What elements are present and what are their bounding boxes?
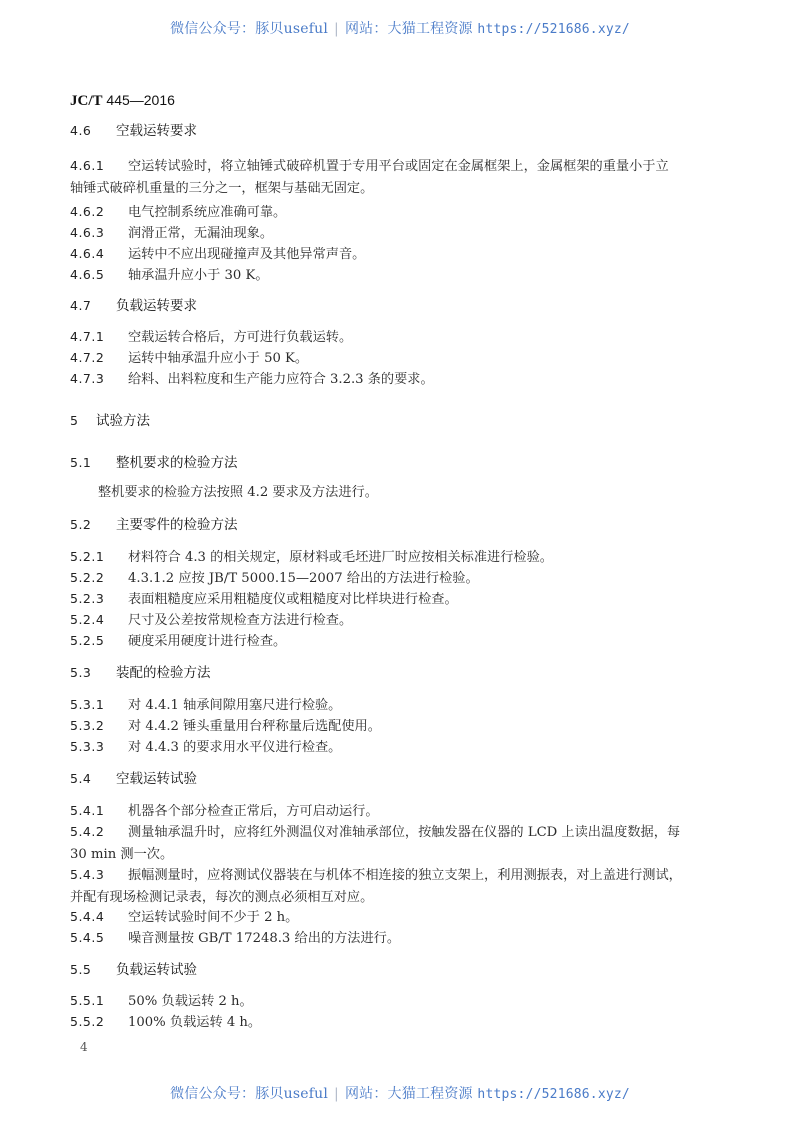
clause-item: 5.2.4尺寸及公差按常规检查方法进行检查。 <box>70 609 710 632</box>
clause-text: 尺寸及公差按常规检查方法进行检查。 <box>128 613 352 628</box>
clause-text: 材料符合 4.3 的相关规定，原材料或毛坯进厂时应按相关标准进行检验。 <box>128 550 553 565</box>
clause-text: 4.3.1.2 应按 JB/T 5000.15—2007 给出的方法进行检验。 <box>128 571 479 586</box>
clause-number: 5.4.2 <box>70 821 128 843</box>
watermark-wechat: 微信公众号：豚贝useful <box>170 21 328 37</box>
clause-item: 5.5.2100% 负载运转 4 h。 <box>70 1011 710 1034</box>
clause-text-continued: 轴锤式破碎机重量的三分之一，框架与基础无固定。 <box>70 181 373 196</box>
watermark-url[interactable]: https://521686.xyz/ <box>477 22 630 37</box>
clause-number: 5.2.5 <box>70 630 128 652</box>
section-heading: 5.1整机要求的检验方法 <box>70 452 710 475</box>
clause-text: 100% 负载运转 4 h。 <box>128 1015 261 1030</box>
section-heading: 4.6空载运转要求 <box>70 120 710 143</box>
clause-text: 给料、出料粒度和生产能力应符合 3.2.3 条的要求。 <box>128 372 434 387</box>
clause-text-continued: 并配有现场检测记录表，每次的测点必须相互对应。 <box>70 890 373 905</box>
clause-item: 5.3.3对 4.4.3 的要求用水平仪进行检查。 <box>70 736 710 759</box>
section-number: 5.1 <box>70 452 116 474</box>
clause-item: 5.4.2测量轴承温升时，应将红外测温仪对准轴承部位，按触发器在仪器的 LCD … <box>70 821 710 866</box>
watermark-wechat: 微信公众号：豚贝useful <box>170 1086 328 1102</box>
clause-text: 测量轴承温升时，应将红外测温仪对准轴承部位，按触发器在仪器的 LCD 上读出温度… <box>128 825 680 840</box>
clause-item: 4.7.2运转中轴承温升应小于 50 K。 <box>70 347 710 370</box>
watermark-separator: | <box>334 1086 339 1102</box>
clause-item: 4.6.5轴承温升应小于 30 K。 <box>70 264 710 287</box>
clause-text: 空载运转合格后，方可进行负载运转。 <box>128 330 352 345</box>
clause-item: 5.3.1对 4.4.1 轴承间隙用塞尺进行检验。 <box>70 694 710 717</box>
clause-item: 5.4.1机器各个部分检查正常后，方可启动运行。 <box>70 800 710 823</box>
clause-item: 4.6.1空运转试验时，将立轴锤式破碎机置于专用平台或固定在金属框架上，金属框架… <box>70 155 710 200</box>
clause-item: 4.6.3润滑正常，无漏油现象。 <box>70 222 710 245</box>
clause-text: 表面粗糙度应采用粗糙度仪或粗糙度对比样块进行检查。 <box>128 592 458 607</box>
section-title: 负载运转要求 <box>116 298 197 314</box>
clause-number: 5.5.2 <box>70 1011 128 1033</box>
clause-number: 5.3.3 <box>70 736 128 758</box>
clause-text: 空运转试验时间不少于 2 h。 <box>128 910 298 925</box>
section-heading: 5.5负载运转试验 <box>70 959 710 982</box>
clause-number: 4.6.2 <box>70 201 128 223</box>
clause-number: 4.6.5 <box>70 264 128 286</box>
clause-number: 5.2.2 <box>70 567 128 589</box>
section-title: 空载运转要求 <box>116 123 197 139</box>
clause-number: 5.4.4 <box>70 906 128 928</box>
page-number: 4 <box>80 1040 88 1054</box>
clause-text: 对 4.4.2 锤头重量用台秤称量后选配使用。 <box>128 719 381 734</box>
watermark-site: 网站：大猫工程资源 <box>345 21 473 37</box>
section-title: 空载运转试验 <box>116 771 197 787</box>
clause-item: 4.7.1空载运转合格后，方可进行负载运转。 <box>70 326 710 349</box>
chapter-number: 5 <box>70 410 96 432</box>
clause-text: 运转中不应出现碰撞声及其他异常声音。 <box>128 247 365 262</box>
standard-code: JC/T 445—2016 <box>70 92 175 110</box>
clause-text: 振幅测量时，应将测试仪器装在与机体不相连接的独立支架上，利用测振表，对上盖进行测… <box>128 868 682 883</box>
section-heading: 5.2主要零件的检验方法 <box>70 514 710 537</box>
clause-number: 5.3.2 <box>70 715 128 737</box>
section-number: 5.2 <box>70 514 116 536</box>
clause-text: 润滑正常，无漏油现象。 <box>128 226 273 241</box>
clause-item: 5.4.3振幅测量时，应将测试仪器装在与机体不相连接的独立支架上，利用测振表，对… <box>70 864 710 909</box>
clause-text: 50% 负载运转 2 h。 <box>128 994 253 1009</box>
clause-item: 5.2.24.3.1.2 应按 JB/T 5000.15—2007 给出的方法进… <box>70 567 710 590</box>
section-number: 4.6 <box>70 120 116 142</box>
clause-number: 4.6.1 <box>70 155 128 177</box>
clause-number: 5.3.1 <box>70 694 128 716</box>
chapter-heading: 5试验方法 <box>70 410 710 433</box>
clause-number: 5.4.3 <box>70 864 128 886</box>
clause-text: 对 4.4.1 轴承间隙用塞尺进行检验。 <box>128 698 341 713</box>
clause-number: 5.2.1 <box>70 546 128 568</box>
watermark-bottom: 微信公众号：豚贝useful|网站：大猫工程资源 https://521686.… <box>0 1083 800 1103</box>
clause-item: 5.4.4空运转试验时间不少于 2 h。 <box>70 906 710 929</box>
clause-item: 5.2.1材料符合 4.3 的相关规定，原材料或毛坯进厂时应按相关标准进行检验。 <box>70 546 710 569</box>
section-number: 4.7 <box>70 295 116 317</box>
section-number: 5.4 <box>70 768 116 790</box>
watermark-url[interactable]: https://521686.xyz/ <box>477 1087 630 1102</box>
section-title: 主要零件的检验方法 <box>116 517 238 533</box>
clause-text: 对 4.4.3 的要求用水平仪进行检查。 <box>128 740 341 755</box>
watermark-separator: | <box>334 21 339 37</box>
clause-text: 运转中轴承温升应小于 50 K。 <box>128 351 308 366</box>
clause-text: 噪音测量按 GB/T 17248.3 给出的方法进行。 <box>128 931 400 946</box>
section-heading: 5.4空载运转试验 <box>70 768 710 791</box>
section-number: 5.5 <box>70 959 116 981</box>
section-number: 5.3 <box>70 662 116 684</box>
clause-number: 5.2.4 <box>70 609 128 631</box>
clause-text: 电气控制系统应准确可靠。 <box>128 205 286 220</box>
watermark-site: 网站：大猫工程资源 <box>345 1086 473 1102</box>
standard-number: 445—2016 <box>106 92 175 108</box>
clause-item: 4.6.4运转中不应出现碰撞声及其他异常声音。 <box>70 243 710 266</box>
clause-text-continued: 30 min 测一次。 <box>70 847 173 862</box>
section-heading: 4.7负载运转要求 <box>70 295 710 318</box>
chapter-title: 试验方法 <box>96 413 150 429</box>
clause-item: 5.3.2对 4.4.2 锤头重量用台秤称量后选配使用。 <box>70 715 710 738</box>
paragraph-text: 整机要求的检验方法按照 4.2 要求及方法进行。 <box>98 485 378 500</box>
clause-item: 5.2.5硬度采用硬度计进行检查。 <box>70 630 710 653</box>
clause-number: 4.7.3 <box>70 368 128 390</box>
clause-item: 5.5.150% 负载运转 2 h。 <box>70 990 710 1013</box>
section-title: 整机要求的检验方法 <box>116 455 238 471</box>
section-title: 装配的检验方法 <box>116 665 211 681</box>
section-title: 负载运转试验 <box>116 962 197 978</box>
standard-prefix: JC/T <box>70 93 103 109</box>
clause-item: 5.4.5噪音测量按 GB/T 17248.3 给出的方法进行。 <box>70 927 710 950</box>
clause-number: 5.4.5 <box>70 927 128 949</box>
watermark-top: 微信公众号：豚贝useful|网站：大猫工程资源 https://521686.… <box>0 18 800 38</box>
clause-number: 5.5.1 <box>70 990 128 1012</box>
paragraph: 整机要求的检验方法按照 4.2 要求及方法进行。 <box>70 482 738 504</box>
clause-number: 5.4.1 <box>70 800 128 822</box>
clause-number: 4.6.4 <box>70 243 128 265</box>
clause-number: 4.7.2 <box>70 347 128 369</box>
clause-text: 空运转试验时，将立轴锤式破碎机置于专用平台或固定在金属框架上，金属框架的重量小于… <box>128 159 669 174</box>
clause-item: 5.2.3表面粗糙度应采用粗糙度仪或粗糙度对比样块进行检查。 <box>70 588 710 611</box>
clause-number: 4.6.3 <box>70 222 128 244</box>
clause-item: 4.7.3给料、出料粒度和生产能力应符合 3.2.3 条的要求。 <box>70 368 710 391</box>
clause-number: 4.7.1 <box>70 326 128 348</box>
clause-item: 4.6.2电气控制系统应准确可靠。 <box>70 201 710 224</box>
clause-number: 5.2.3 <box>70 588 128 610</box>
clause-text: 机器各个部分检查正常后，方可启动运行。 <box>128 804 379 819</box>
section-heading: 5.3装配的检验方法 <box>70 662 710 685</box>
clause-text: 硬度采用硬度计进行检查。 <box>128 634 286 649</box>
clause-text: 轴承温升应小于 30 K。 <box>128 268 269 283</box>
